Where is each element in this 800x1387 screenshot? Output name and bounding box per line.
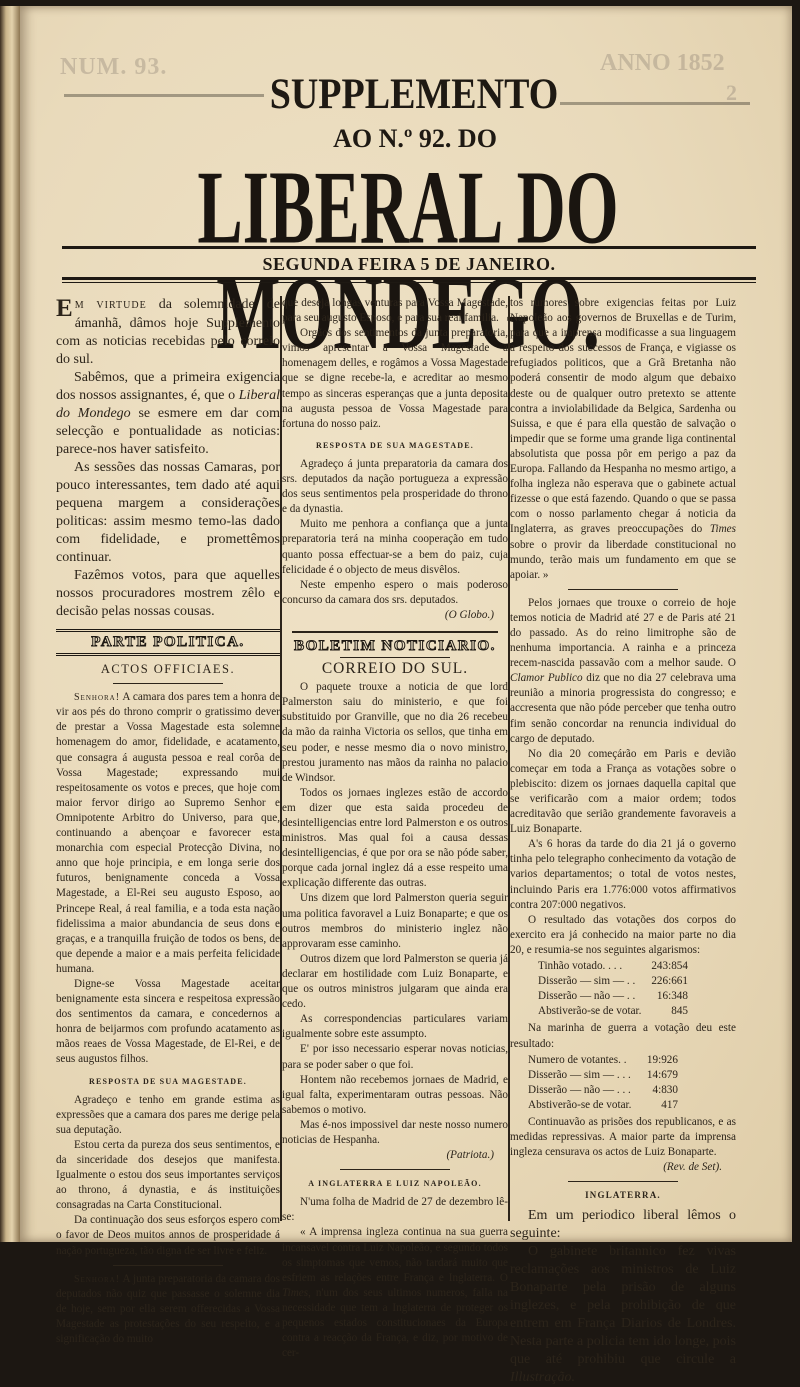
divider	[568, 1181, 678, 1182]
tally-row: Numero de votantes. .19:926	[528, 1053, 678, 1068]
masthead-ghost-rule-left	[64, 94, 264, 97]
england-paragraph-1: Em um periodico liberal lêmos o seguinte…	[510, 1207, 736, 1243]
subsection-heading-correio-do-sul: CORREIO DO SUL.	[282, 661, 508, 676]
masthead-rule-bottom	[62, 277, 756, 280]
ornamental-rule	[292, 631, 498, 633]
reply-paragraph-1: Agradeço e tenho em grande estima as exp…	[56, 1093, 280, 1138]
news-paragraph-3: Uns dizem que lord Palmerston queria seg…	[282, 891, 508, 951]
intro-paragraph-3: As sessões das nossas Camaras, por pouco…	[56, 459, 280, 567]
newspaper-page: NUM. 93. ANNO 1852 2 SUPPLEMENTO AO N.º …	[20, 6, 792, 1242]
news-paragraph-8: Mas é-nos impossivel dar neste nosso num…	[282, 1118, 508, 1148]
tally-row: Disserão — não — . .16:348	[538, 989, 688, 1004]
source-attribution: (Rev. de Set).	[510, 1160, 736, 1175]
divider	[568, 589, 678, 590]
intro-paragraph: EM VIRTUDE da solemnidade de ámanhã, dâm…	[56, 296, 280, 369]
paris-paragraph-2: A's 6 horas da tarde do dia 21 já o gove…	[510, 837, 736, 912]
supplement-heading: SUPPLEMENTO	[264, 69, 564, 120]
address-paragraph-2: Digne-se Vossa Magestade aceitar benigna…	[56, 977, 280, 1068]
divider	[113, 683, 223, 684]
tally-row: Disserão — sim — . . .14:679	[528, 1068, 678, 1083]
junta-continuation: que deseja longas venturas para Vossa Ma…	[282, 296, 508, 326]
subsection-heading-actos-officiaes: ACTOS OFFICIAES.	[56, 662, 280, 677]
masthead-ghost-rule-right	[560, 102, 750, 105]
paris-paragraph-4: Continuavão as prisões dos republicanos,…	[510, 1115, 736, 1160]
reply-paragraph-2: Estou certa da pureza dos seus sentiment…	[56, 1138, 280, 1213]
tally-row: Disserão — não — . . .4:830	[528, 1083, 678, 1098]
reply-paragraph-1: Agradeço á junta preparatoria da camara …	[282, 457, 508, 517]
intro-paragraph-2: Sabêmos, que a primeira exigencia dos no…	[56, 369, 280, 459]
article-paragraph-1: N'uma folha de Madrid de 27 de dezembro …	[282, 1195, 508, 1225]
article-paragraph-2: « A imprensa ingleza continua na sua gue…	[282, 1225, 508, 1248]
news-paragraph-4: Outros dizem que lord Palmerston se quer…	[282, 952, 508, 1012]
book-spine	[0, 6, 20, 1242]
article-heading: A INGLATERRA E LUIZ NAPOLEÃO.	[282, 1176, 508, 1191]
address-paragraph-1: Senhora! A camara dos pares tem a honra …	[56, 690, 280, 977]
tally-row: Tinhão votado. . . .243:854	[538, 959, 688, 974]
news-paragraph-2: Todos os jornaes inglezes estão de accor…	[282, 786, 508, 892]
madrid-paragraph: Pelos jornaes que trouxe o correio de ho…	[510, 596, 736, 747]
bleed-through-year: ANNO 1852	[600, 50, 725, 77]
divider	[340, 657, 450, 658]
bleed-through-number: NUM. 93.	[60, 54, 167, 81]
england-paragraph-2: O gabinete britannico fez vivas reclamaç…	[510, 1243, 736, 1248]
article-heading-inglaterra: INGLATERRA.	[510, 1188, 736, 1203]
section-heading-boletim-noticiario: BOLETIM NOTICIARIO.	[282, 639, 508, 654]
article-continuation: tos rumores sobre exigencias feitas por …	[510, 296, 736, 583]
reply-heading: RESPOSTA DE SUA MAGESTADE.	[56, 1074, 280, 1089]
tally-row: Abstiverão-se de votar.845	[538, 1004, 688, 1019]
navy-vote-tally: Numero de votantes. .19:926 Disserão — s…	[528, 1053, 736, 1113]
news-paragraph-5: As correspondencias particulares variam …	[282, 1012, 508, 1042]
column-3: tos rumores sobre exigencias feitas por …	[510, 296, 736, 1248]
junta-paragraph-2: Orgãos dos sentimentos da junta preparat…	[282, 326, 508, 432]
source-attribution: (Patriota.)	[282, 1148, 508, 1163]
column-2: que deseja longas venturas para Vossa Ma…	[282, 296, 508, 1248]
masthead-rule-bottom-thin	[62, 282, 756, 283]
masthead-rule-top	[62, 246, 756, 249]
reply-paragraph-3: Neste empenho espero o mais poderoso con…	[282, 578, 508, 608]
navy-intro: Na marinha de guerra a votação deu este …	[510, 1021, 736, 1051]
section-heading-parte-politica: PARTE POLITICA.	[56, 629, 280, 656]
reply-heading: RESPOSTA DE SUA MAGESTADE.	[282, 438, 508, 453]
drop-cap: E	[56, 298, 73, 320]
issue-date: SEGUNDA FEIRA 5 DE JANEIRO.	[64, 254, 754, 275]
column-1: EM VIRTUDE da solemnidade de ámanhã, dâm…	[56, 296, 280, 1248]
source-attribution: (O Globo.)	[282, 608, 508, 623]
tally-row: Abstiverão-se de votar.417	[528, 1098, 678, 1113]
news-paragraph-6: E' por isso necessario esperar novas not…	[282, 1042, 508, 1072]
reply-paragraph-2: Muito me penhora a confiança que a junta…	[282, 517, 508, 577]
reply-paragraph-3: Da continuação dos seus esforços espero …	[56, 1213, 280, 1248]
divider	[340, 1169, 450, 1170]
tally-row: Disserão — sim — . .226:661	[538, 974, 688, 989]
news-paragraph-7: Hontem não recebemos jornaes de Madrid, …	[282, 1073, 508, 1118]
paris-paragraph-1: No dia 20 começárão em Paris e devião co…	[510, 747, 736, 838]
news-paragraph-1: O paquete trouxe a noticia de que lord P…	[282, 680, 508, 786]
army-vote-tally: Tinhão votado. . . .243:854 Disserão — s…	[538, 959, 736, 1019]
intro-paragraph-4: Fazêmos votos, para que aquelles nossos …	[56, 567, 280, 621]
paris-paragraph-3: O resultado das votações dos corpos do e…	[510, 913, 736, 958]
